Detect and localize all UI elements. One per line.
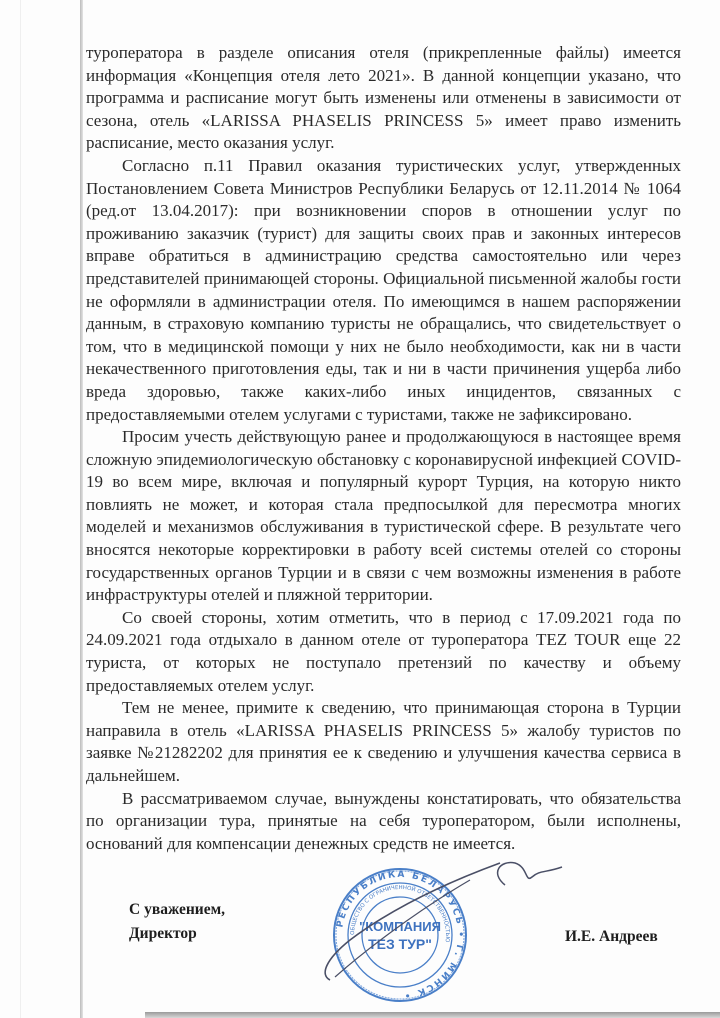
binding-margin-line	[80, 0, 83, 1018]
closing-text: С уважением,	[129, 898, 225, 922]
scanned-letter-page: туроператора в разделе описания отеля (п…	[0, 0, 720, 1018]
paragraph-covid: Просим учесть действующую ранее и продол…	[86, 426, 681, 607]
paragraph-other-tourists: Со своей стороны, хотим отметить, что в …	[86, 607, 681, 697]
paragraph-conclusion: В рассматриваемом случае, вынуждены конс…	[86, 788, 681, 856]
signer-position: Директор	[129, 922, 225, 946]
letter-body: туроператора в разделе описания отеля (п…	[86, 42, 681, 855]
scan-edge-line	[20, 0, 21, 1018]
signature-closing-block: С уважением, Директор	[129, 898, 225, 946]
paragraph-rules: Согласно п.11 Правил оказания туристичес…	[86, 155, 681, 426]
signer-name: И.Е. Андреев	[565, 928, 658, 946]
paragraph-concept: туроператора в разделе описания отеля (п…	[86, 42, 681, 155]
paragraph-complaint-forwarded: Тем не менее, примите к сведению, что пр…	[86, 697, 681, 787]
scan-bottom-edge	[145, 1012, 720, 1018]
handwritten-signature-icon	[300, 855, 570, 985]
